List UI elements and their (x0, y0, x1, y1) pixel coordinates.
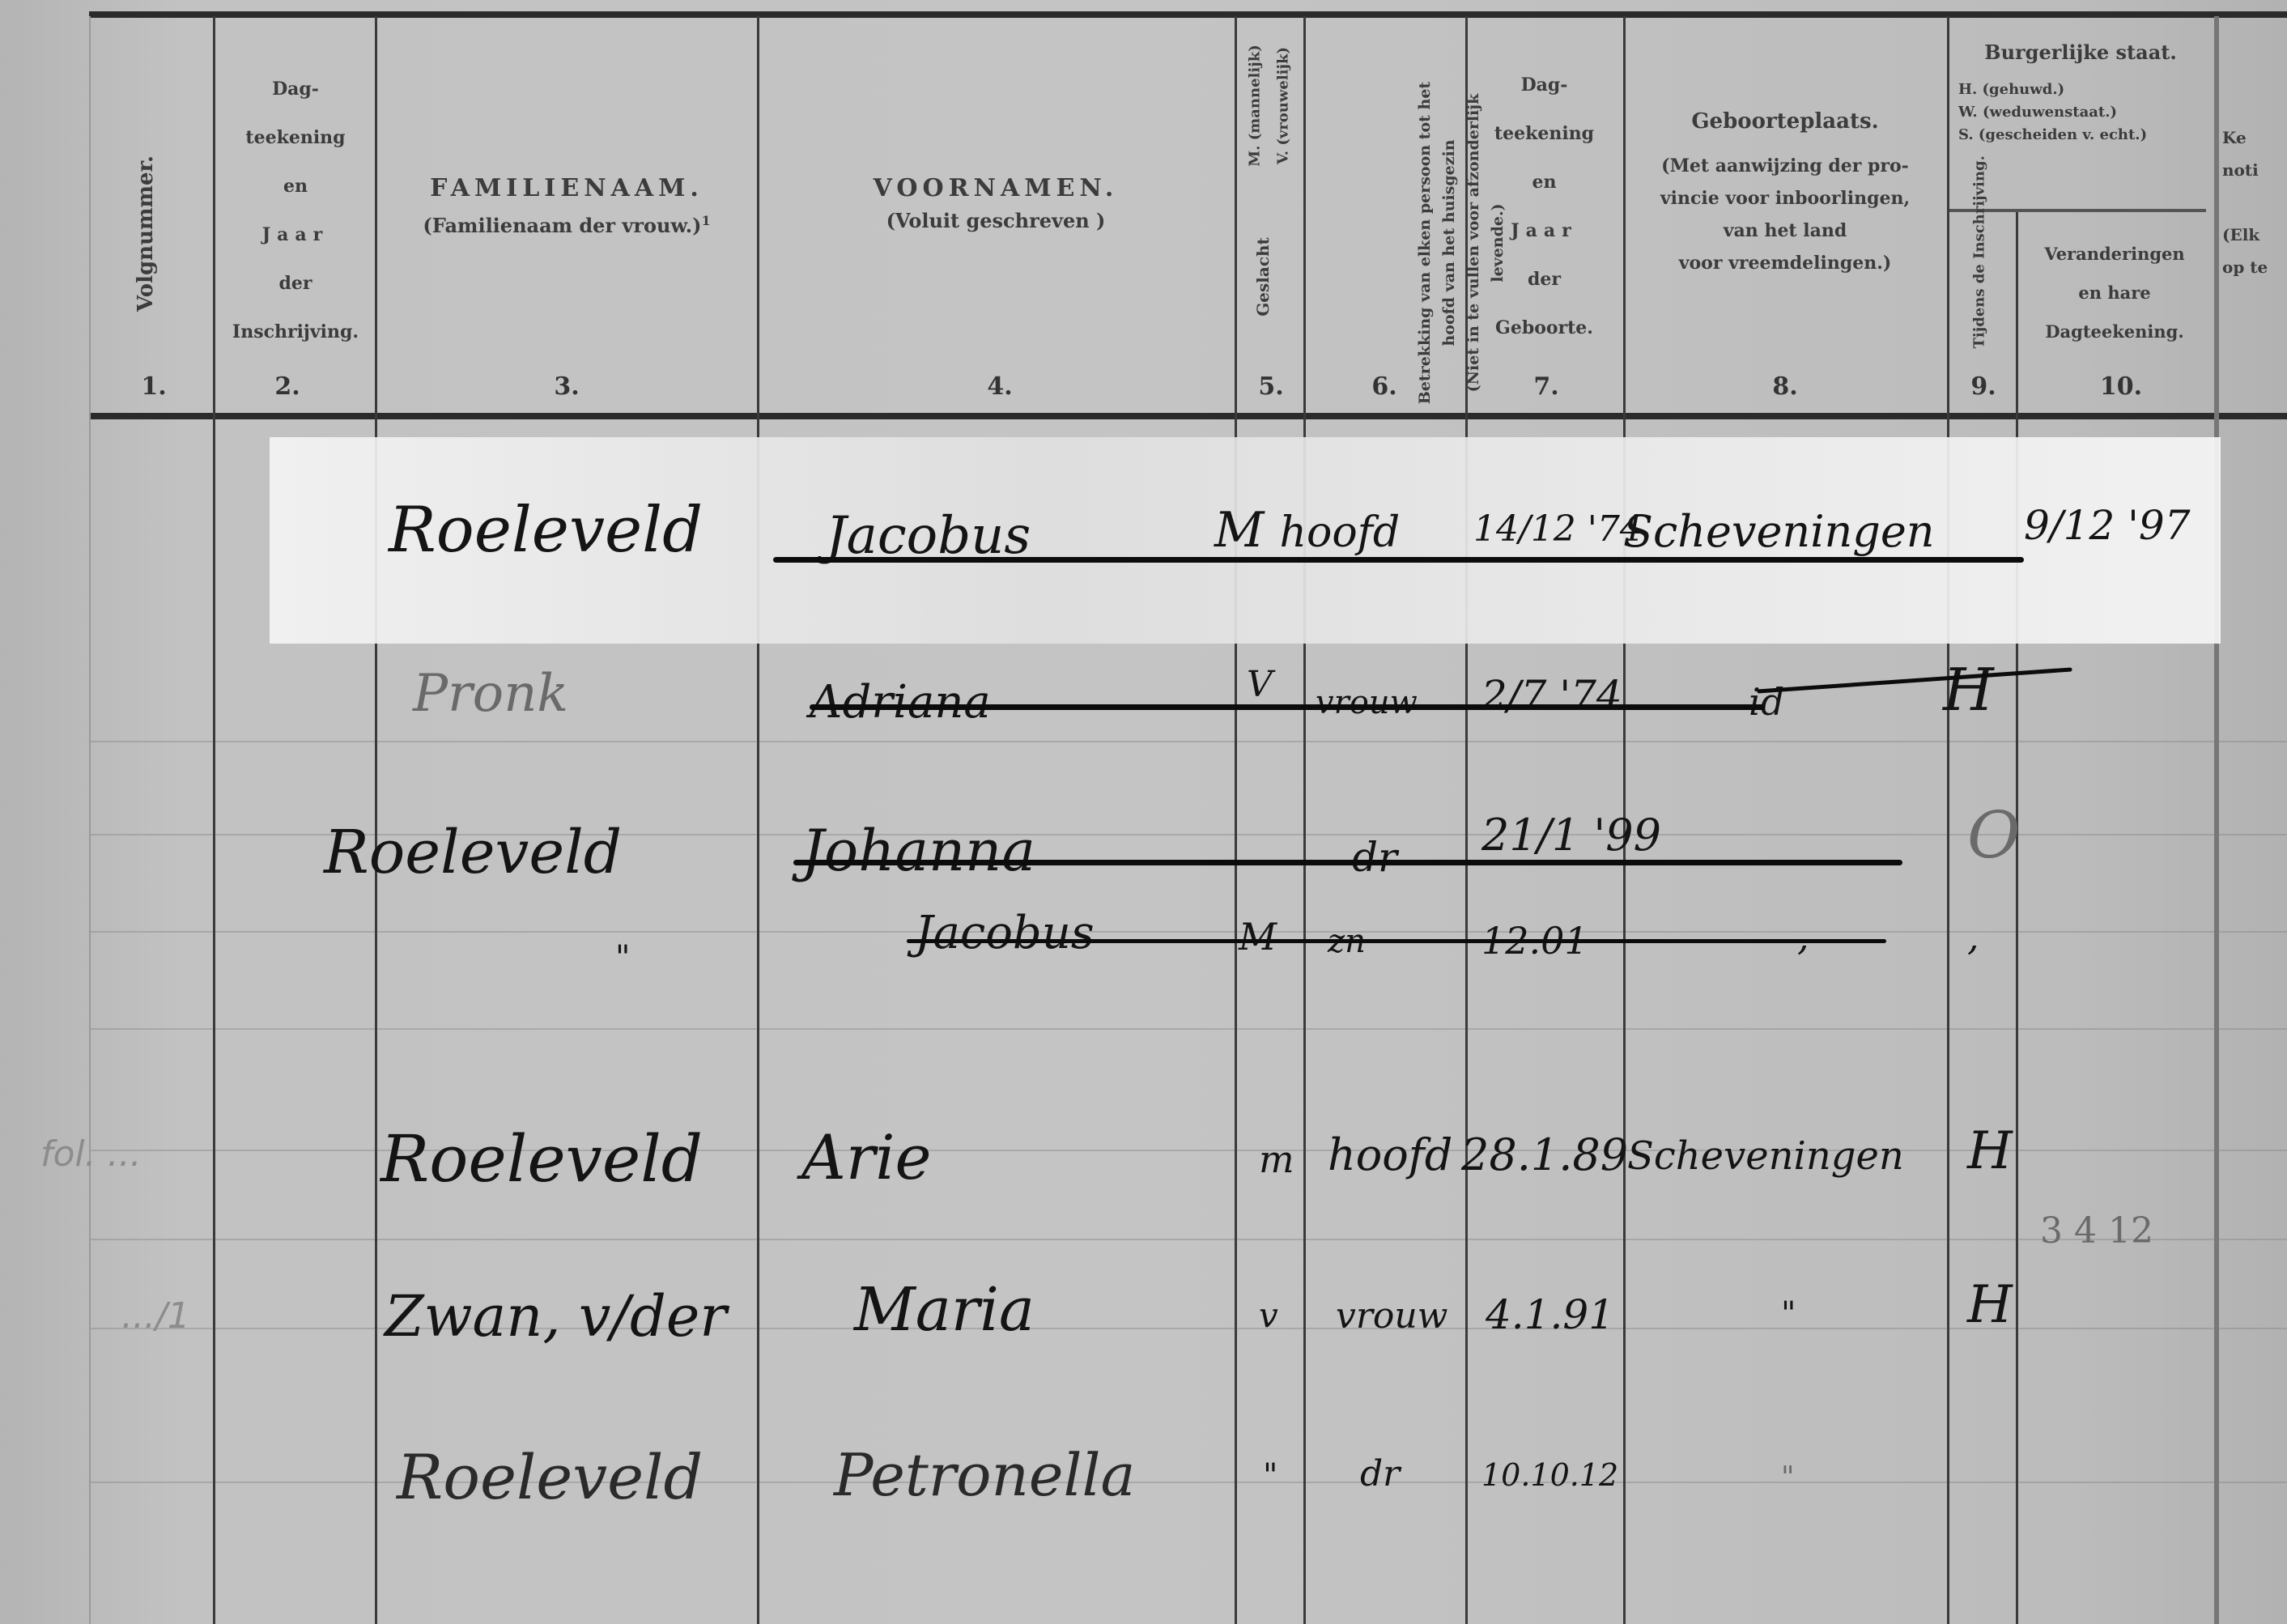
strikethrough (810, 704, 1765, 710)
colnum-2: 2. (255, 372, 320, 401)
geboorteplaats: id (1749, 680, 1784, 724)
voornamen: Petronella (834, 1441, 1135, 1509)
burgerlijke-staat: H (1967, 1121, 2013, 1181)
colnum-5: 5. (1239, 372, 1303, 401)
colnum-3: 3. (534, 372, 599, 401)
header-volgnummer: Volgnummer. (134, 174, 158, 312)
ruled-line (89, 741, 2287, 742)
betrekking: dr (1360, 1453, 1400, 1494)
col-line-5 (1303, 16, 1306, 1624)
burgerlijke-staat: H (1943, 656, 1994, 724)
geboorteplaats: Scheveningen (1627, 1133, 1904, 1179)
geboortedatum: 21/1 '99 (1481, 810, 1661, 861)
burgerlijke-staat: H (1967, 1275, 2013, 1335)
margin-note: .../1 (121, 1295, 190, 1337)
ruled-line (89, 1239, 2287, 1240)
col-line-4 (1235, 16, 1237, 1624)
voornamen: Adriana (810, 676, 991, 729)
voornamen: Jacobus (915, 907, 1095, 959)
strikethrough (1757, 667, 2072, 693)
geslacht: m (1259, 1137, 1294, 1181)
col-line-8 (1947, 16, 1949, 1624)
familienaam-ditto: " (615, 939, 630, 976)
colnum-10: 10. (2089, 372, 2153, 401)
colnum-8: 8. (1753, 372, 1817, 401)
geboortedatum: 14/12 '74 (1473, 508, 1643, 550)
header-geslacht-v: V. (vrouwelijk) (1275, 17, 1292, 195)
veranderingen: 9/12 '97 (2024, 502, 2191, 549)
header-familienaam: FAMILIENAAM. (Familienaam der vrouw.)1 (376, 174, 757, 240)
col-line-left-margin (89, 16, 91, 1624)
geslacht-ditto: " (1263, 1457, 1277, 1494)
header-geslacht-m: M. (mannelijk) (1247, 17, 1264, 195)
geboorteplaats: " (1781, 1295, 1796, 1333)
geslacht: V (1247, 664, 1273, 705)
colnum-4: 4. (967, 372, 1032, 401)
col-line-3 (757, 16, 759, 1624)
betrekking: dr (1352, 834, 1397, 881)
header-dagteekening-inschrijving: Dag- teekening en Jaar der Inschrijving. (215, 65, 376, 356)
margin-note: fol. ... (40, 1133, 142, 1175)
geboortedatum: 4.1.91 (1486, 1291, 1614, 1338)
colnum-6: 6. (1352, 372, 1417, 401)
colnum-1: 1. (121, 372, 186, 401)
betrekking: vrouw (1316, 684, 1418, 721)
geslacht: v (1259, 1295, 1278, 1335)
header-bottom-rule (89, 413, 2287, 419)
familienaam: Roeleveld (389, 494, 703, 567)
voornamen: Arie (801, 1121, 932, 1193)
familienaam: Pronk (413, 664, 568, 724)
geboorteplaats: Scheveningen (1623, 506, 1935, 557)
geslacht: M (1239, 915, 1277, 959)
header-geslacht: Geslacht (1253, 204, 1273, 350)
col-line-9 (2016, 212, 2018, 1624)
familienaam: Zwan, v/der (385, 1283, 727, 1350)
voornamen: Maria (854, 1275, 1035, 1345)
header-dagteekening-geboorte: Dag- teekening en Jaar der Geboorte. (1465, 61, 1623, 352)
header-voornamen: VOORNAMEN. (Voluit geschreven ) (757, 174, 1235, 235)
familienaam: Roeleveld (380, 1121, 703, 1197)
col-line-10 (2214, 16, 2219, 1624)
header-top-rule (89, 11, 2287, 18)
familienaam: Roeleveld (324, 818, 622, 887)
burgerlijke-staat: , (1967, 915, 1979, 959)
header-tijdens-inschrijving: Tijdens de Inschrijving. (1971, 203, 1988, 349)
ruled-line (89, 931, 2287, 933)
betrekking: hoofd (1328, 1129, 1452, 1180)
header-geboorteplaats: Geboorteplaats. (Met aanwijzing der pro-… (1623, 109, 1947, 279)
familienaam: Roeleveld (397, 1441, 703, 1513)
colnum-7: 7. (1514, 372, 1579, 401)
register-page: Volgnummer. Dag- teekening en Jaar der I… (0, 0, 2287, 1624)
colnum-9: 9. (1951, 372, 2016, 401)
header-burgerlijke-staat: Burgerlijke staat. H. (gehuwd.) W. (wedu… (1947, 40, 2214, 147)
ruled-line (89, 1028, 2287, 1030)
header-veranderingen: Veranderingen en hare Dagteekening. (2017, 235, 2212, 351)
strikethrough (907, 939, 1886, 943)
geslacht-betrekking: M hoofd (1214, 502, 1400, 559)
header-partial-kerkgenootschap: Ke noti (Elk op te (2222, 121, 2287, 283)
strikethrough (793, 860, 1902, 865)
geboortedatum: 10.10.12 (1481, 1457, 1618, 1493)
geboorteplaats-ditto: " (1781, 1461, 1795, 1494)
geboortedatum: 28.1.89 (1461, 1129, 1628, 1180)
veranderingen: 3 4 12 (2040, 1210, 2153, 1252)
betrekking: vrouw (1336, 1295, 1447, 1337)
burgerlijke-staat: O (1967, 797, 2021, 873)
geboorteplaats: , (1797, 915, 1809, 959)
strikethrough (773, 557, 2024, 563)
voornamen: Johanna (801, 818, 1035, 884)
geboortedatum: 2/7 '74 (1481, 672, 1622, 719)
